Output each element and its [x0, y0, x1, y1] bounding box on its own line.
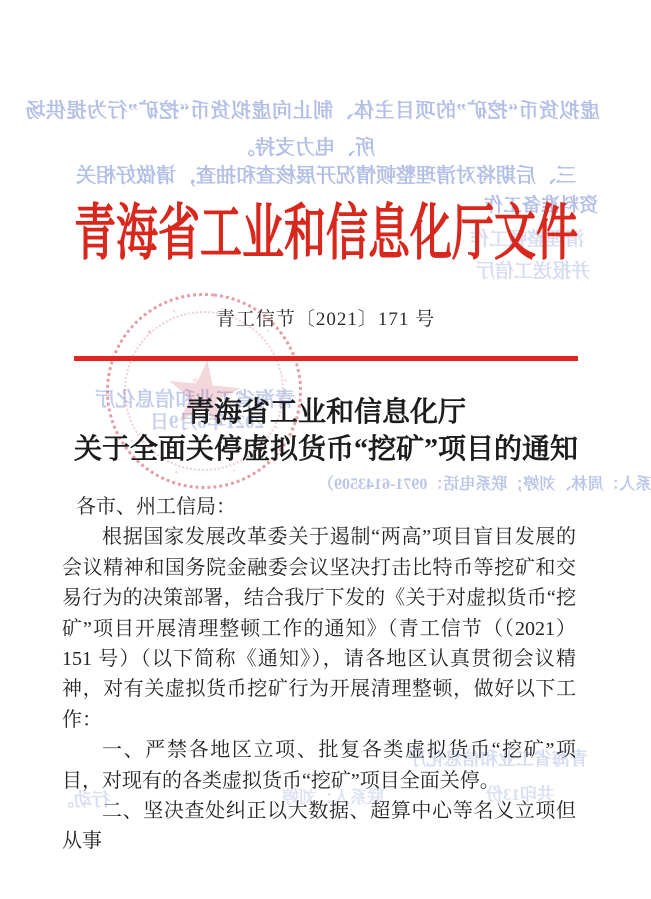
document-number: 青工信节〔2021〕171 号	[0, 304, 651, 331]
document-body: 各市、州工信局： 根据国家发展改革委关于遏制“两高”项目盲目发展的会议精神和国务…	[62, 492, 576, 857]
scanned-document-page: 虚拟货币“挖矿”的项目主体、制止向虚拟货币“挖矿”行为提供场 所、电力支持。 三…	[0, 0, 651, 899]
body-paragraph: 二、坚决查处纠正以大数据、超算中心等名义立项但从事	[62, 796, 576, 857]
masthead-title: 青海省工业和信息化厅文件	[71, 204, 581, 265]
document-title-line1: 青海省工业和信息化厅	[6, 394, 646, 431]
document-title-line2: 关于全面关停虚拟货币“挖矿”项目的通知	[6, 431, 646, 468]
document-title: 青海省工业和信息化厅 关于全面关停虚拟货币“挖矿”项目的通知	[6, 394, 646, 468]
salutation: 各市、州工信局：	[62, 492, 576, 522]
bleedthrough-line: 三、后期将对清理整顿情况开展核查和抽查，请做好相关	[72, 159, 580, 188]
bleedthrough-line: 所、电力支持。	[235, 131, 375, 160]
bleedthrough-contact-line: （联系人：周林、刘婷；联系电话：0971-6143509）	[318, 471, 651, 494]
body-paragraph: 一、严禁各地区立项、批复各类虚拟货币“挖矿”项目，对现有的各类虚拟货币“挖矿”项…	[62, 735, 576, 796]
bleedthrough-line: 虚拟货币“挖矿”的项目主体、制止向虚拟货币“挖矿”行为提供场	[55, 94, 600, 123]
red-divider-line	[74, 356, 578, 361]
body-paragraph: 根据国家发展改革委关于遏制“两高”项目盲目发展的会议精神和国务院金融委会议坚决打…	[62, 522, 576, 735]
